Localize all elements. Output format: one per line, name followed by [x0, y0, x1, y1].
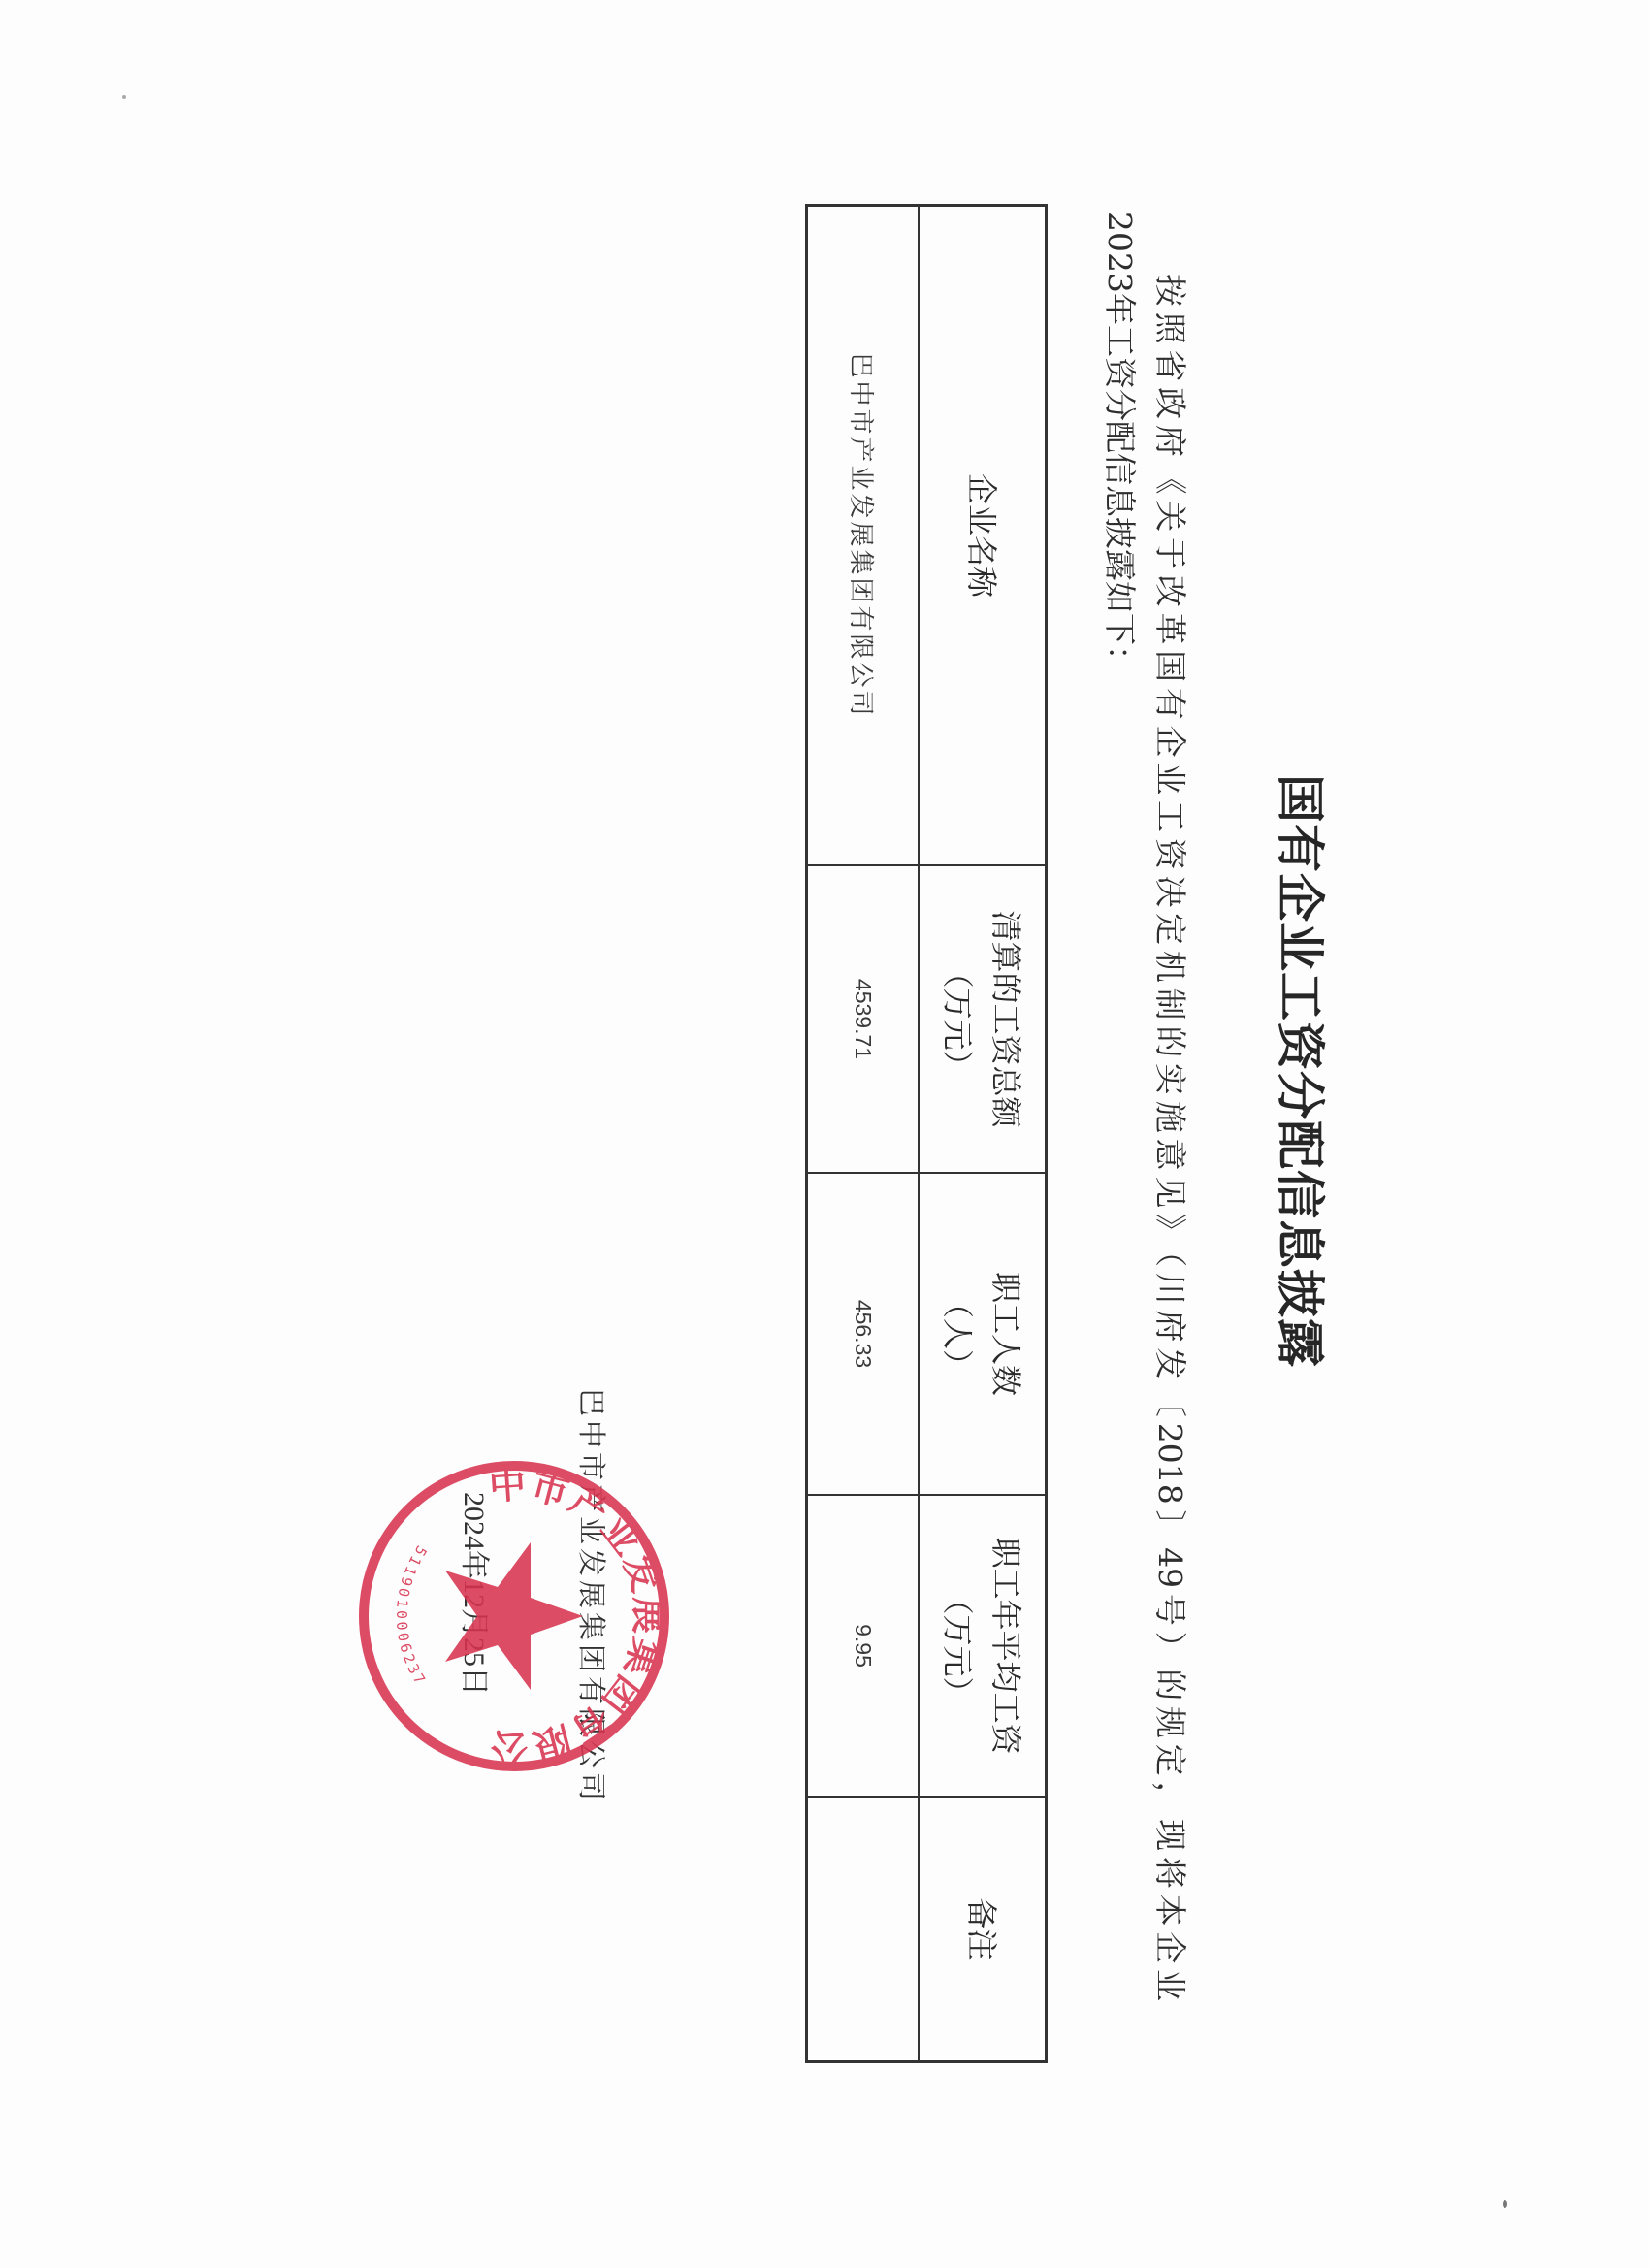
header-employee-count: 职工人数 （人）	[918, 1174, 1045, 1496]
header-label: 企业名称	[958, 473, 1007, 598]
official-seal: 巴中市产业发展集团有限公司 5119010006237	[356, 1458, 672, 1774]
intro-line-1: 按照省政府《关于改革国有企业工资决定机制的实施意见》（川府发〔2018〕49号）…	[1152, 275, 1187, 2001]
header-unit: （万元）	[934, 1537, 983, 1754]
cell-average-wage: 9.95	[808, 1496, 918, 1798]
header-label: 职工人数	[983, 1272, 1031, 1396]
cell-remark	[808, 1798, 918, 2060]
seal-ring	[364, 1466, 664, 1766]
header-remark: 备注	[918, 1798, 1045, 2060]
intro-line-2: 2023年工资分配信息披露如下：	[1102, 211, 1137, 677]
header-unit: （万元）	[934, 910, 983, 1127]
scanned-page: 国有企业工资分配信息披露 按照省政府《关于改革国有企业工资决定机制的实施意见》（…	[0, 0, 1649, 2268]
scan-artifact	[1503, 2200, 1507, 2208]
cell-total-wages: 4539.71	[808, 866, 918, 1174]
seal-serial: 5119010006237	[393, 1542, 431, 1690]
signature-company: 巴中市产业发展集团有限公司	[573, 1388, 613, 1804]
scan-artifact	[122, 95, 126, 99]
signature-date: 2024年12月25日	[456, 1492, 499, 1696]
page-title: 国有企业工资分配信息披露	[1271, 774, 1329, 1476]
rotated-document: 国有企业工资分配信息披露 按照省政府《关于改革国有企业工资决定机制的实施意见》（…	[0, 0, 1649, 2268]
header-company-name: 企业名称	[918, 207, 1045, 866]
cell-employee-count: 456.33	[808, 1174, 918, 1496]
cell-company-name: 巴中市产业发展集团有限公司	[808, 207, 918, 866]
header-label: 清算的工资总额	[983, 910, 1031, 1127]
header-average-wage: 职工年平均工资 （万元）	[918, 1496, 1045, 1798]
header-unit: （人）	[934, 1272, 983, 1396]
header-label: 备注	[958, 1897, 1007, 1960]
header-total-wages: 清算的工资总额 （万元）	[918, 866, 1045, 1174]
header-label: 职工年平均工资	[983, 1537, 1031, 1754]
wage-table: 企业名称 清算的工资总额 （万元） 职工人数 （人） 职工年平均工资 （万元）	[805, 204, 1048, 2063]
